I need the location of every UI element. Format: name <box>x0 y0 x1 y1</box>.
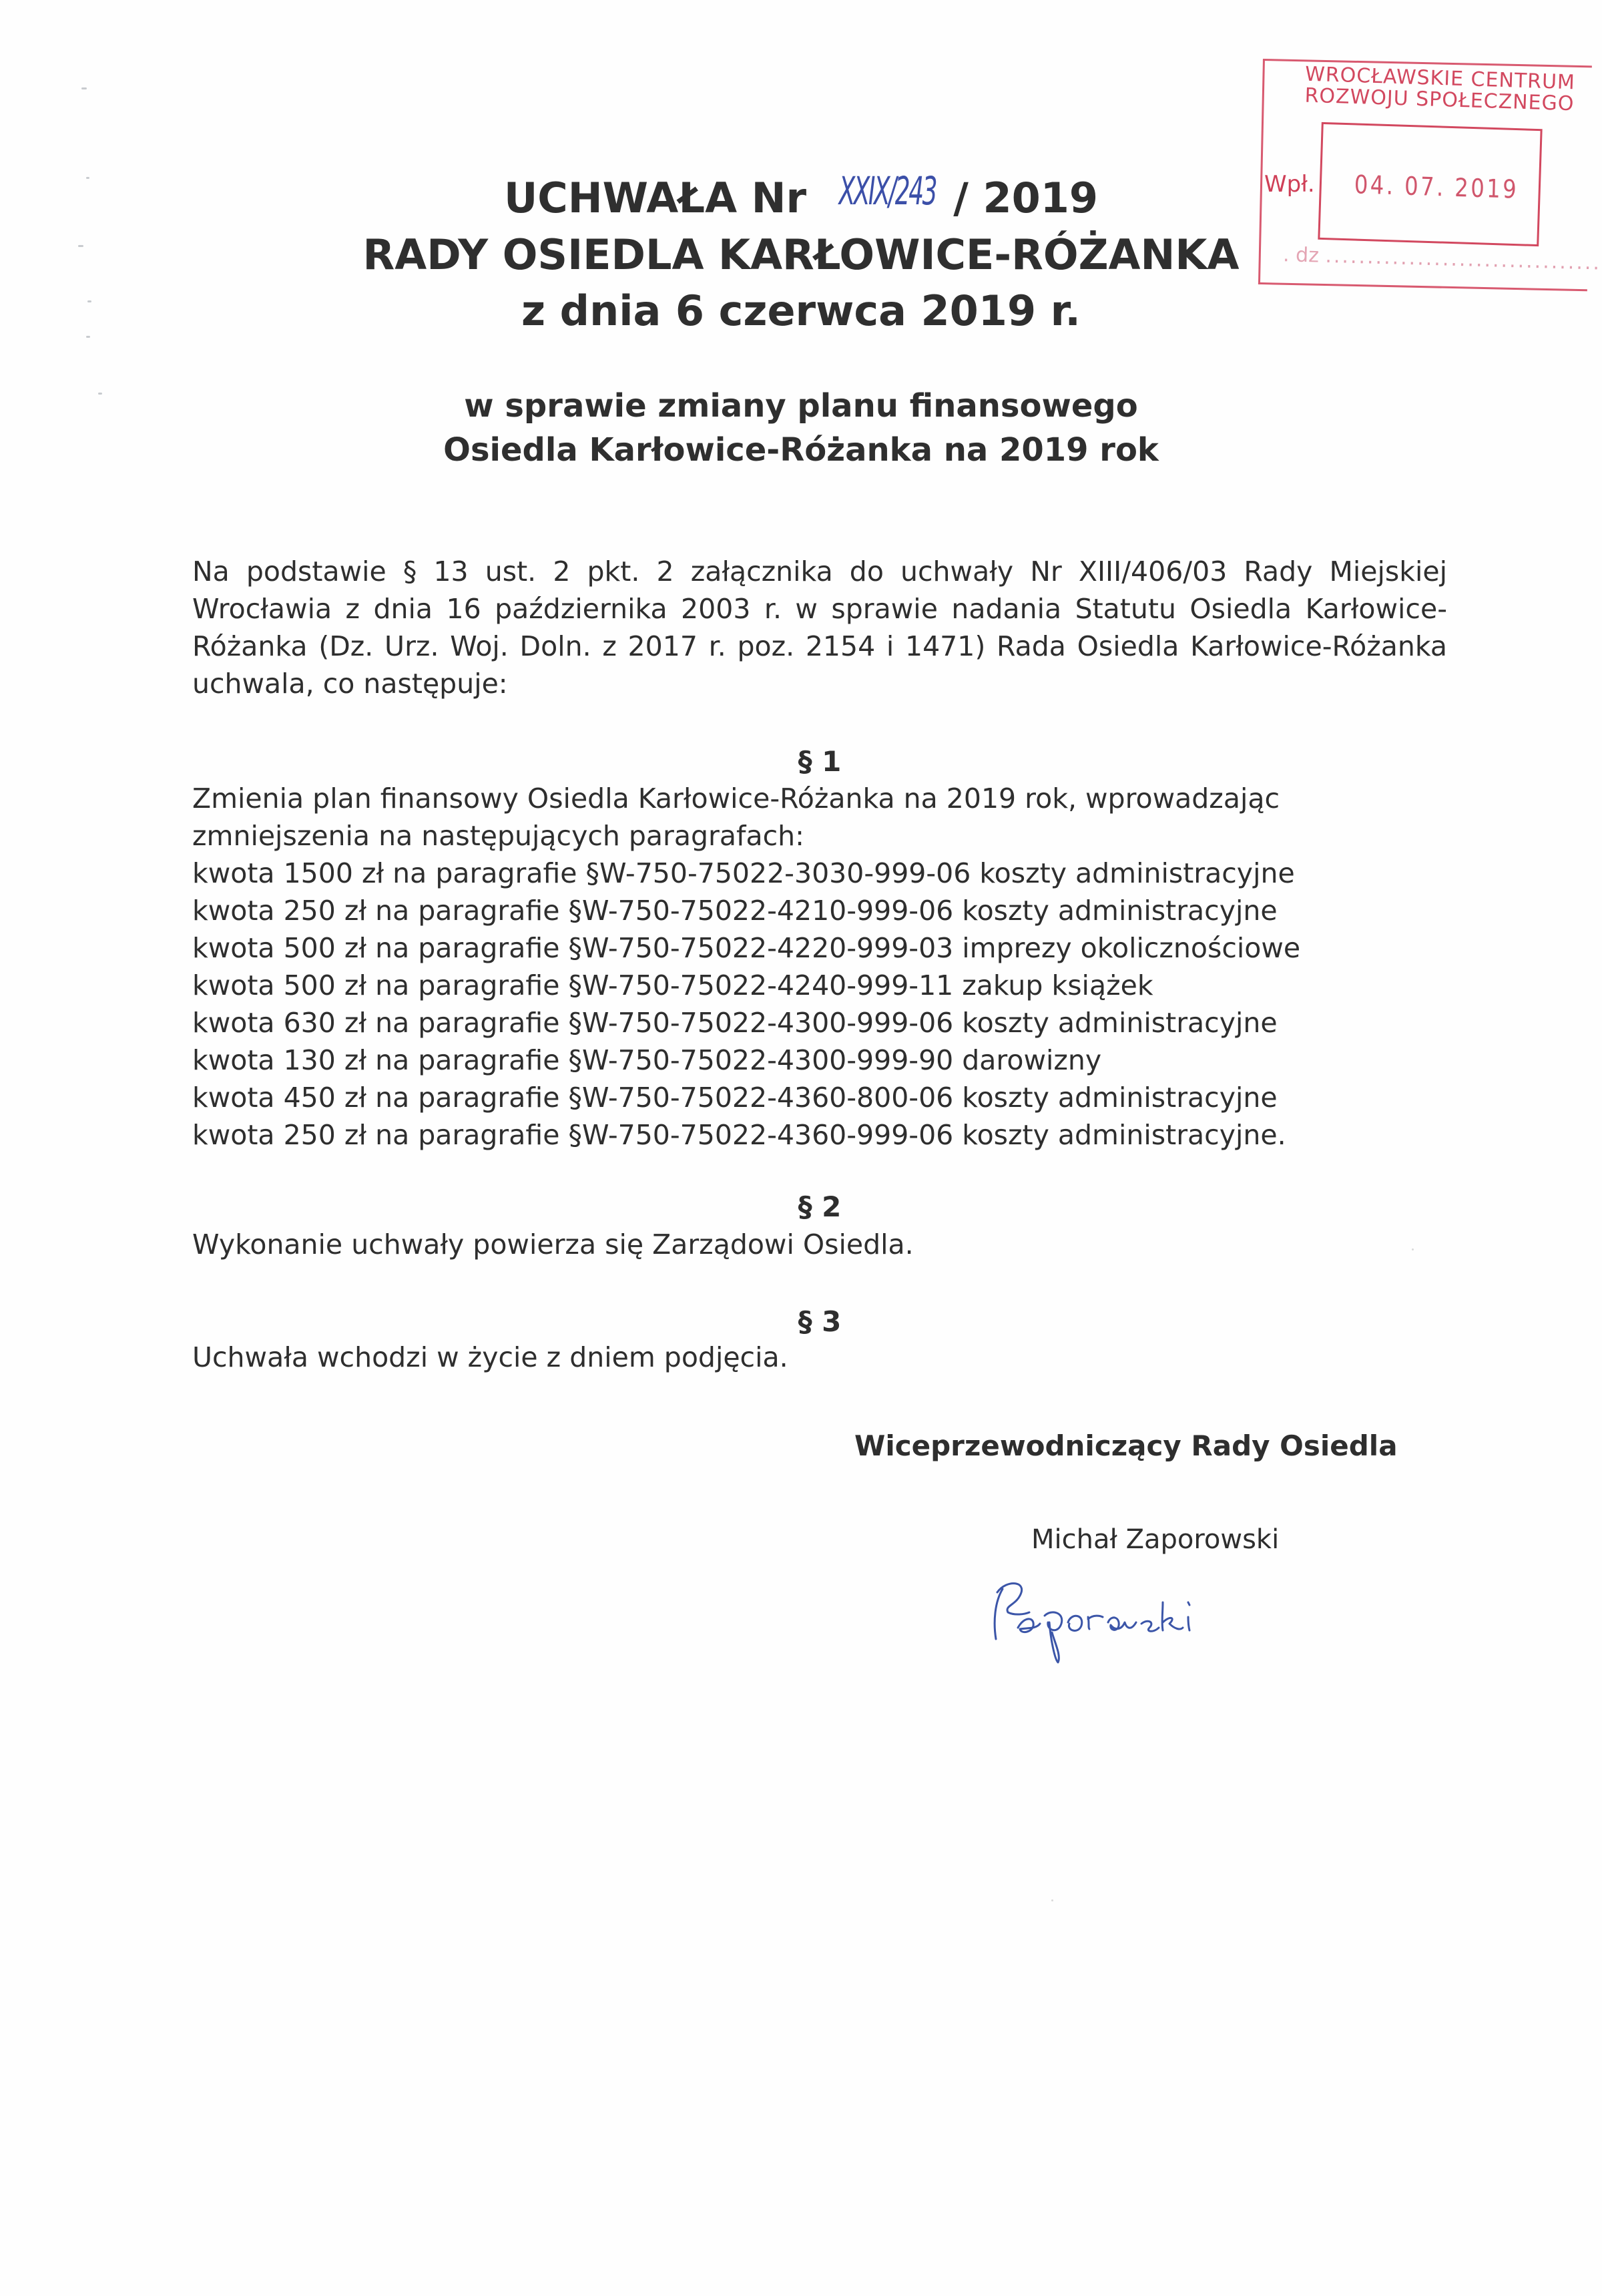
budget-reduction-item: kwota 250 zł na paragrafie §W-750-75022-… <box>192 1116 1447 1154</box>
budget-reduction-item: kwota 250 zł na paragrafie §W-750-75022-… <box>192 892 1447 929</box>
budget-reduction-item: kwota 630 zł na paragrafie §W-750-75022-… <box>192 1004 1447 1042</box>
signatory-name: Michał Zaporowski <box>1031 1521 1279 1558</box>
budget-reduction-item: kwota 500 zł na paragrafie §W-750-75022-… <box>192 967 1447 1004</box>
resolution-year: / 2019 <box>953 174 1098 222</box>
stamp-received-label: Wpł. <box>1264 171 1315 198</box>
signatory-title: Wiceprzewodniczący Rady Osiedla <box>854 1427 1398 1465</box>
section-2-heading: § 2 <box>192 1188 1447 1226</box>
handwritten-resolution-number: XXIX/243 <box>838 163 935 219</box>
budget-reduction-item: kwota 450 zł na paragrafie §W-750-75022-… <box>192 1079 1447 1116</box>
scan-artifact <box>81 87 87 89</box>
stamp-dz-label: dz <box>1296 244 1320 268</box>
resolution-number-line: UCHWAŁA Nr XXIX/243/ 2019 <box>200 170 1402 227</box>
budget-reduction-item: kwota 130 zł na paragrafie §W-750-75022-… <box>192 1042 1447 1079</box>
council-name: RADY OSIEDLA KARŁOWICE-RÓŻANKA <box>200 227 1402 283</box>
resolution-date: z dnia 6 czerwca 2019 r. <box>200 283 1402 339</box>
stamp-organization: WROCŁAWSKIE CENTRUM ROZWOJU SPOŁECZNEGO <box>1289 63 1591 116</box>
resolution-subject: w sprawie zmiany planu finansowego Osied… <box>200 384 1402 472</box>
scanned-document-page: UCHWAŁA Nr XXIX/243/ 2019 RADY OSIEDLA K… <box>0 0 1602 2296</box>
resolution-number-prefix: UCHWAŁA Nr <box>504 174 821 222</box>
scan-artifact <box>86 177 89 179</box>
section-3-heading: § 3 <box>192 1303 1447 1341</box>
subject-line-2: Osiedla Karłowice-Różanka na 2019 rok <box>200 428 1402 472</box>
budget-reduction-item: kwota 500 zł na paragrafie §W-750-75022-… <box>192 929 1447 967</box>
registry-stamp: WROCŁAWSKIE CENTRUM ROZWOJU SPOŁECZNEGO … <box>1263 59 1597 286</box>
resolution-title: UCHWAŁA Nr XXIX/243/ 2019 RADY OSIEDLA K… <box>200 170 1402 339</box>
section-1-body: Zmienia plan finansowy Osiedla Karłowice… <box>192 780 1447 1154</box>
stamp-received-date: 04. 07. 2019 <box>1351 170 1522 204</box>
scan-artifact <box>1051 1899 1053 1901</box>
scan-artifact <box>87 300 91 302</box>
scan-artifact <box>86 336 90 338</box>
section-3-text: Uchwała wchodzi w życie z dniem podjęcia… <box>192 1339 1447 1376</box>
section-1-intro: Zmienia plan finansowy Osiedla Karłowice… <box>192 780 1447 855</box>
handwritten-signature <box>988 1576 1268 1669</box>
budget-reduction-list: kwota 1500 zł na paragrafie §W-750-75022… <box>192 855 1447 1154</box>
budget-reduction-item: kwota 1500 zł na paragrafie §W-750-75022… <box>192 855 1447 892</box>
section-1-heading: § 1 <box>192 743 1447 780</box>
scan-artifact <box>78 245 83 247</box>
subject-line-1: w sprawie zmiany planu finansowego <box>200 384 1402 428</box>
scan-artifact <box>98 393 102 395</box>
preamble: Na podstawie § 13 ust. 2 pkt. 2 załączni… <box>192 553 1447 702</box>
section-2-text: Wykonanie uchwały powierza się Zarządowi… <box>192 1226 1447 1263</box>
